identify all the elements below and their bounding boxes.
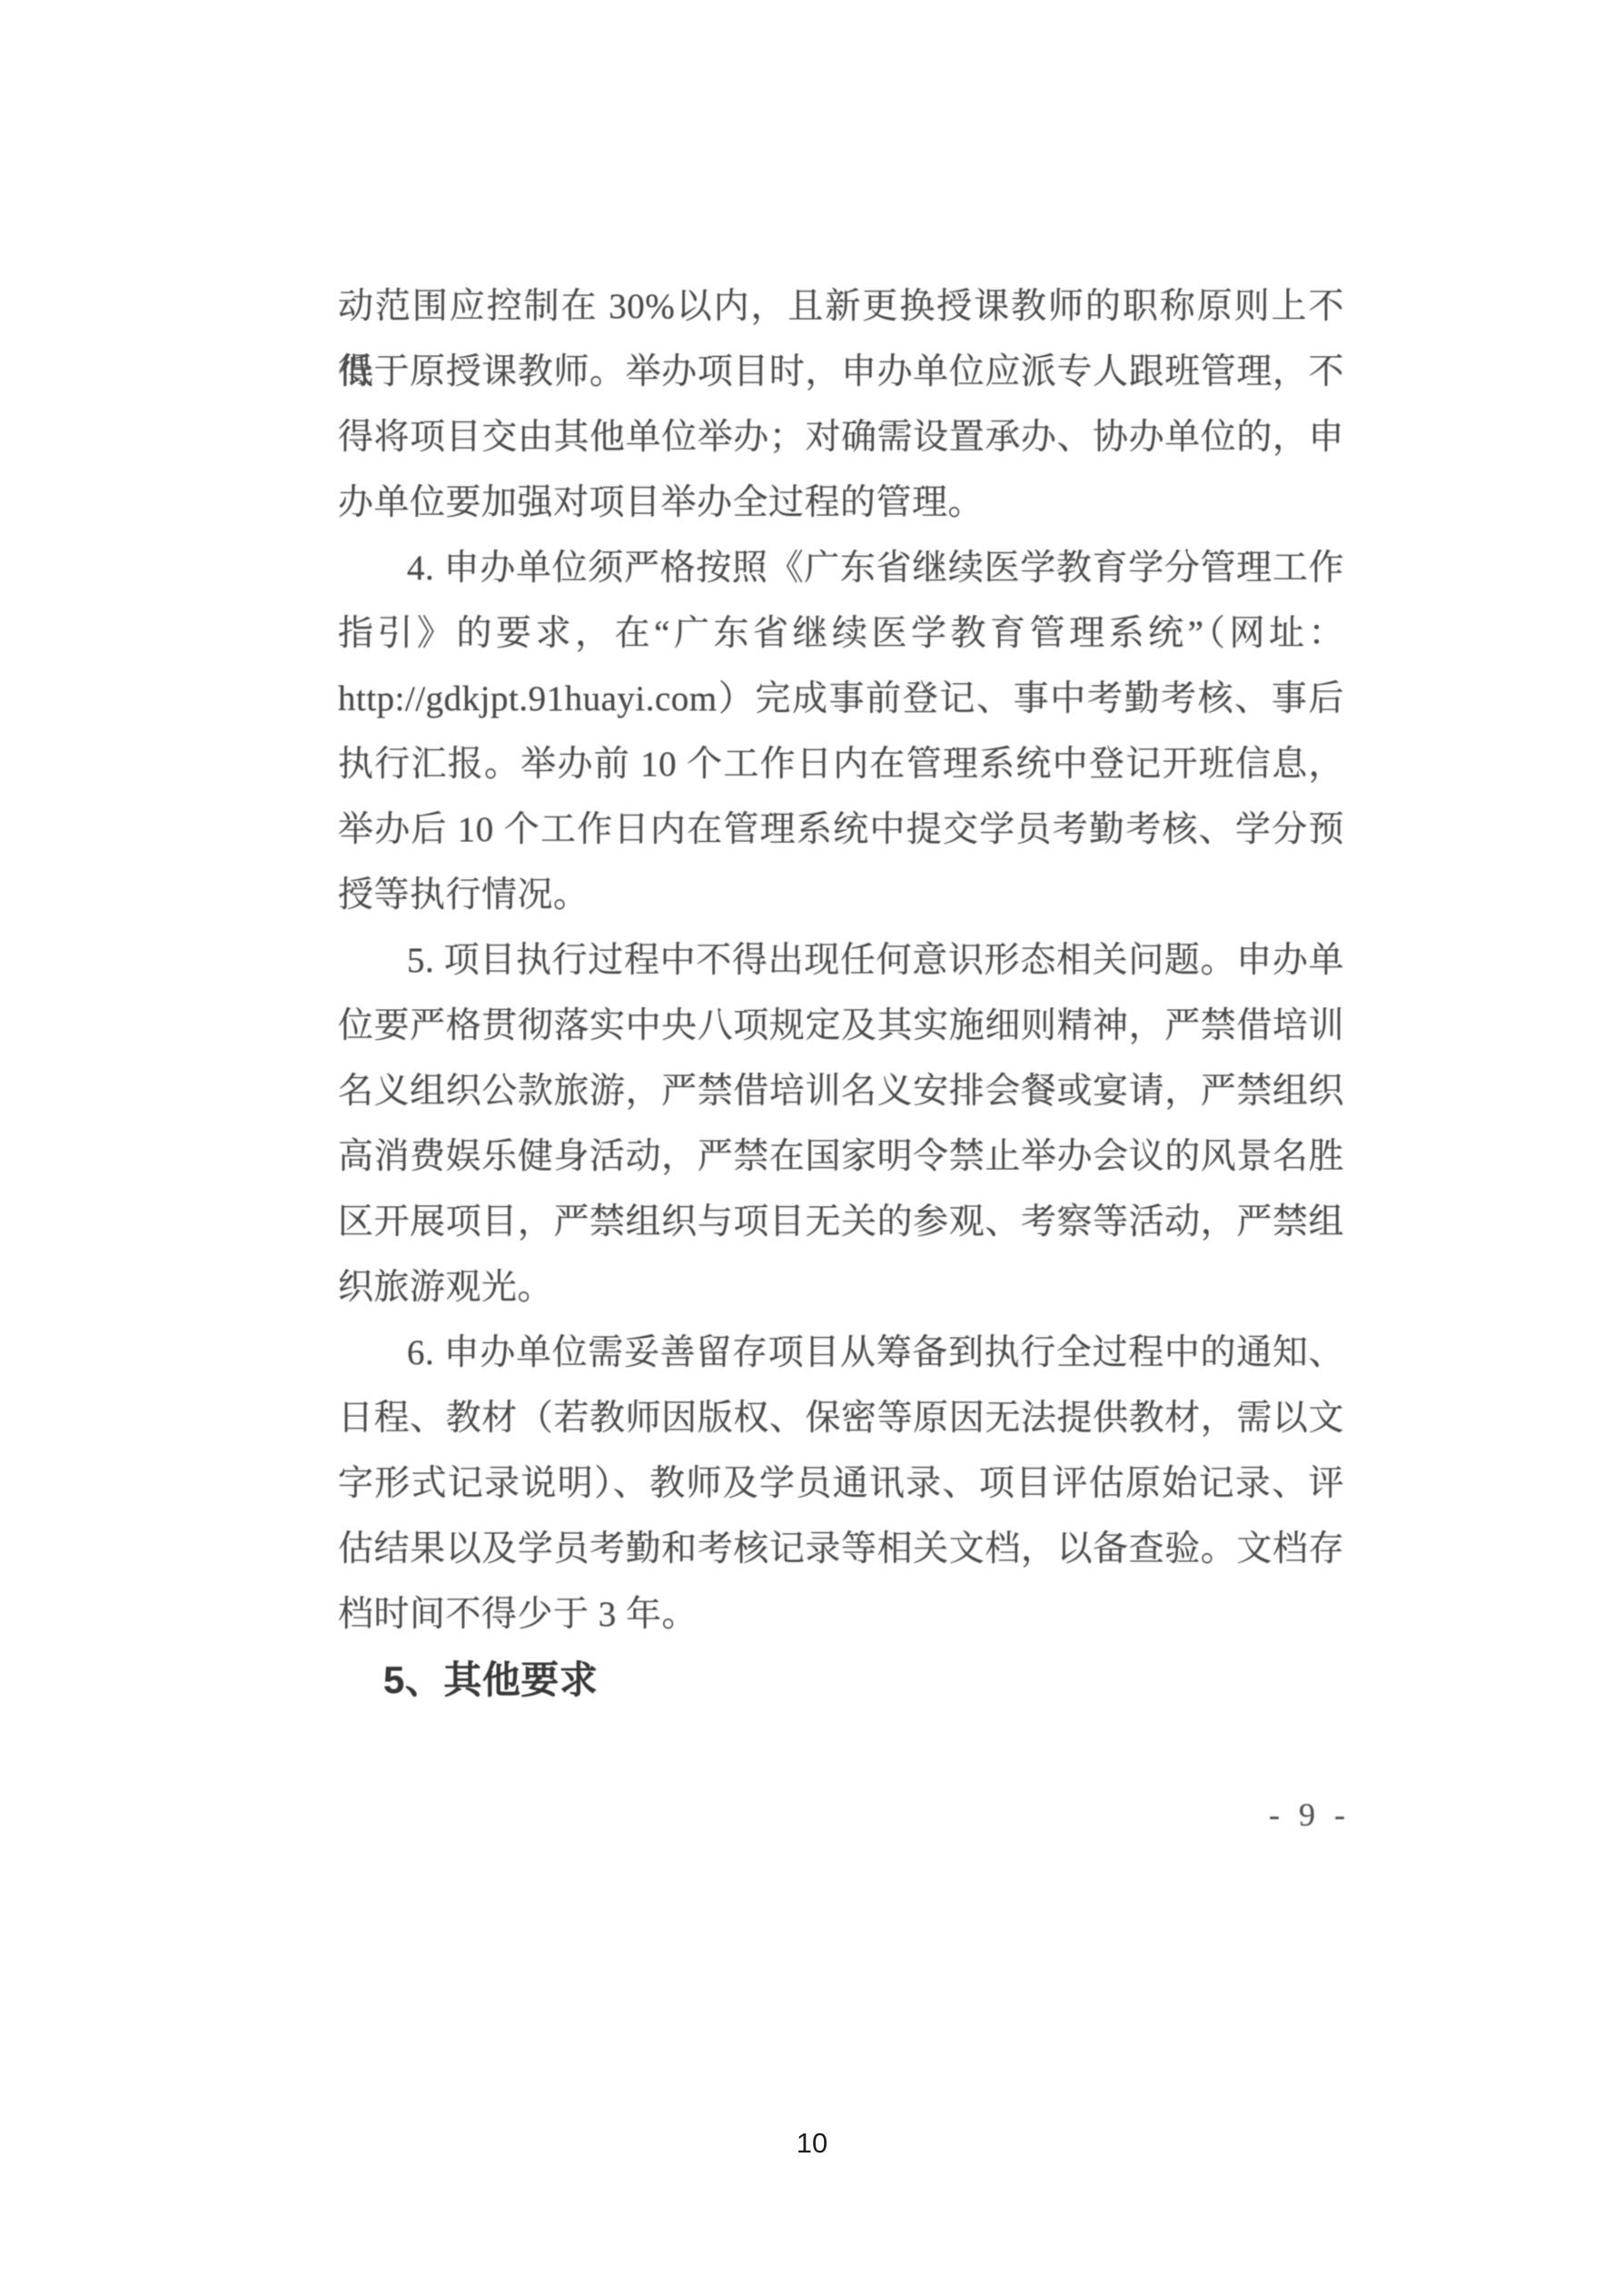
text-line: 高消费娱乐健身活动，严禁在国家明令禁止举办会议的风景名胜 (338, 1124, 1344, 1190)
text-line: 日程、教材（若教师因版权、保密等原因无法提供教材，需以文 (338, 1386, 1344, 1451)
text-line: 位要严格贯彻落实中央八项规定及其实施细则精神，严禁借培训 (338, 994, 1344, 1059)
text-line: 4. 申办单位须严格按照《广东省继续医学教育学分管理工作 (338, 536, 1344, 601)
document-text-block: 动范围应控制在 30%以内，且新更换授课教师的职称原则上不得 低于原授课教师。举… (338, 274, 1344, 1713)
text-line: 6. 申办单位需妥善留存项目从筹备到执行全过程中的通知、 (338, 1321, 1344, 1386)
text-line: 档时间不得少于 3 年。 (338, 1582, 1344, 1648)
text-line: 字形式记录说明）、教师及学员通讯录、项目评估原始记录、评 (338, 1451, 1344, 1517)
text-line: 举办后 10 个工作日内在管理系统中提交学员考勤考核、学分预 (338, 797, 1344, 863)
text-line: 指引》的要求，在“广东省继续医学教育管理系统”（网址： (338, 601, 1344, 667)
text-line: 动范围应控制在 30%以内，且新更换授课教师的职称原则上不得 (338, 274, 1344, 340)
text-line: 估结果以及学员考勤和考核记录等相关文档，以备查验。文档存 (338, 1517, 1344, 1582)
text-line: http://gdkjpt.91huayi.com）完成事前登记、事中考勤考核、… (338, 667, 1344, 732)
scanned-document: 动范围应控制在 30%以内，且新更换授课教师的职称原则上不得 低于原授课教师。举… (0, 0, 1624, 1998)
text-line: 低于原授课教师。举办项目时，申办单位应派专人跟班管理，不 (338, 340, 1344, 405)
text-line: 区开展项目，严禁组织与项目无关的参观、考察等活动，严禁组 (338, 1190, 1344, 1255)
text-line: 办单位要加强对项目举办全过程的管理。 (338, 470, 1344, 536)
section-heading: 5、其他要求 (338, 1648, 1344, 1713)
scan-page-number: - 9 - (1246, 1782, 1373, 1847)
text-line: 执行汇报。举办前 10 个工作日内在管理系统中登记开班信息， (338, 732, 1344, 797)
text-line: 得将项目交由其他单位举办；对确需设置承办、协办单位的，申 (338, 405, 1344, 470)
document-page: 动范围应控制在 30%以内，且新更换授课教师的职称原则上不得 低于原授课教师。举… (0, 0, 1624, 2296)
text-line: 名义组织公款旅游，严禁借培训名义安排会餐或宴请，严禁组织 (338, 1059, 1344, 1124)
text-line: 织旅游观光。 (338, 1255, 1344, 1321)
text-line: 授等执行情况。 (338, 863, 1344, 928)
text-line: 5. 项目执行过程中不得出现任何意识形态相关问题。申办单 (338, 928, 1344, 994)
viewer-page-number: 10 (0, 2125, 1624, 2162)
